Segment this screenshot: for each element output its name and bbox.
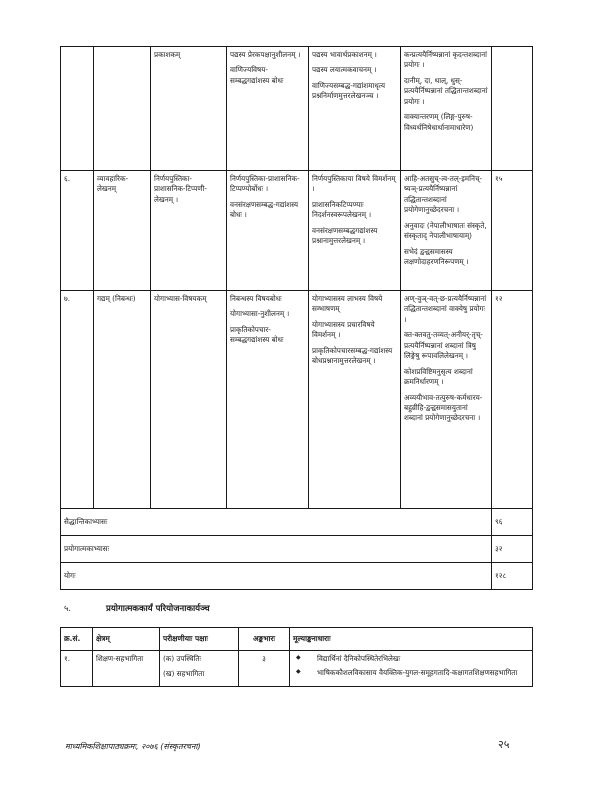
document-page: प्रकाशकम्पद्यस्य प्रेरकपक्षानुशीलनम् ।वा… — [0, 0, 600, 800]
section-title: प्रयोगात्मककार्यं परियोजनाकार्यञ्च — [106, 604, 210, 614]
summary-label: प्रयोगात्मकाभ्यासः — [61, 536, 492, 563]
area-cell — [94, 47, 151, 171]
cell-paragraph: सभेदं द्वन्द्वसमासस्य लक्षणोदाहरणनिरूपणम… — [404, 247, 488, 268]
content-cell: निर्णयपुस्तिका-प्राशासनिक-टिप्पणी-लेखनम्… — [151, 171, 227, 291]
cell-paragraph: योगाभ्यास-विषयकम् — [154, 294, 223, 304]
table-row: ७.गद्यम् (निबन्धः)योगाभ्यास-विषयकम्निबन्… — [61, 291, 533, 509]
table-row: १.शिक्षण-सहभागिता(क) उपस्थितिः(ख) सहभागि… — [61, 651, 533, 687]
activities-cell: योगाभ्यासस्य लाभस्य विषये सम्भाषणम्योगाभ… — [309, 291, 401, 509]
cell-paragraph: कन्प्रत्ययैर्निष्पन्नानां कृदन्तशब्दानां… — [404, 50, 488, 71]
cell-paragraph: वाक्यान्तरणम् (लिङ्ग-पुरुष-विध्यर्थनिषेध… — [404, 112, 488, 133]
grammar-cell: आहि-अतसुच्-त्व-तल्-इमनिच्-ष्यञ्-प्रत्ययै… — [401, 171, 492, 291]
table-row: प्रकाशकम्पद्यस्य प्रेरकपक्षानुशीलनम् ।वा… — [61, 47, 533, 171]
cell-paragraph: निर्णयपुस्तिका-प्राशासनिक-टिप्पणी-लेखनम्… — [154, 174, 223, 205]
cell-paragraph: कोशप्रविष्टिमनुसृत्य शब्दानां क्रमनिर्धा… — [404, 367, 488, 388]
serial-number: ७. — [61, 291, 94, 509]
table-header-row: क्र.सं. क्षेत्रम् परीक्षणीयाः पक्षाः अङ्… — [61, 628, 533, 651]
summary-value: ९६ — [492, 509, 533, 536]
aspect-item: (क) उपस्थितिः — [163, 654, 235, 664]
area-cell: गद्यम् (निबन्धः) — [94, 291, 151, 509]
cell-paragraph: प्राशासनिकटिप्पण्याः निदर्शनस्वरूपलेखनम्… — [312, 200, 397, 221]
criteria-list: विद्यार्थिनां दैनिकोपस्थितेरभिलेखःभाषिकक… — [293, 654, 529, 679]
cell-paragraph: प्राकृतिकोपचार-सम्बद्धगद्यांशस्य बोधः — [230, 325, 305, 346]
cell-paragraph: अव्ययीभाव-तत्पुरुष-कर्मधारय-बहुव्रीहि-द्… — [404, 393, 488, 424]
cell-paragraph: पद्यस्य प्रेरकपक्षानुशीलनम् । — [230, 50, 305, 60]
criteria-item: विद्यार्थिनां दैनिकोपस्थितेरभिलेखः — [317, 654, 529, 664]
cell-paragraph: अण्-वुञ्-वत्-छ-प्रत्ययैर्निष्पन्नानां तद… — [404, 294, 488, 325]
header-marks: अङ्कभारः — [239, 628, 290, 651]
area-cell: शिक्षण-सहभागिता — [93, 651, 160, 687]
cell-paragraph: क्त-क्तवतु-तव्यत्-अनीयर्-तृच्-प्रत्ययैर्… — [404, 330, 488, 361]
criteria-item: भाषिककौशलविकासाय वैयक्तिक-युगल-समूहगतादि… — [317, 668, 529, 678]
cell-paragraph: प्रकाशकम् — [154, 50, 223, 60]
cell-paragraph: योगाभ्यासा-नुशीलनम् । — [230, 309, 305, 319]
cell-paragraph: वनसंरक्षणसम्बद्ध-गद्यांशस्य बोधः । — [230, 200, 305, 221]
summary-label: सैद्धान्तिकाभ्यासः — [61, 509, 492, 536]
summary-label: योगः — [61, 563, 492, 590]
header-sn: क्र.सं. — [61, 628, 93, 651]
skills-cell: पद्यस्य प्रेरकपक्षानुशीलनम् ।वाणिज्यविषय… — [227, 47, 309, 171]
header-criteria: मूल्याङ्कनाधाराः — [290, 628, 533, 651]
summary-row: प्रयोगात्मकाभ्यासः३२ — [61, 536, 533, 563]
cell-paragraph: आहि-अतसुच्-त्व-तल्-इमनिच्-ष्यञ्-प्रत्ययै… — [404, 174, 488, 216]
curriculum-table: प्रकाशकम्पद्यस्य प्रेरकपक्षानुशीलनम् ।वा… — [60, 46, 533, 590]
cell-paragraph: दानीम्, दा, थाल्, धुस्-प्रत्ययैर्निष्पन्… — [404, 76, 488, 107]
cell-paragraph: पद्यस्य भावार्थप्रकाशनम् । — [312, 50, 397, 60]
cell-paragraph: वाणिज्यविषय-सम्बद्धगद्यांशस्य बोधः — [230, 65, 305, 86]
content-cell: योगाभ्यास-विषयकम् — [151, 291, 227, 509]
cell-paragraph: प्राकृतिकोपचारसम्बद्ध-गद्यांशस्य बोधप्रश… — [312, 346, 397, 367]
activities-cell: पद्यस्य भावार्थप्रकाशनम् ।पद्यस्य लयात्म… — [309, 47, 401, 171]
summary-value: १२८ — [492, 563, 533, 590]
cell-paragraph: निबन्धस्य विषयबोधः — [230, 294, 305, 304]
cell-paragraph: पद्यस्य लयात्मकवाचनम् । — [312, 65, 397, 75]
section-number: ५. — [64, 603, 106, 614]
header-aspects: परीक्षणीयाः पक्षाः — [160, 628, 239, 651]
summary-row: योगः१२८ — [61, 563, 533, 590]
serial-number: १. — [61, 651, 93, 687]
area-cell: व्यावहारिक-लेखनम् — [94, 171, 151, 291]
cell-paragraph: निर्णयपुस्तिकाया विषये विमर्शनम् । — [312, 174, 397, 195]
table-row: ६.व्यावहारिक-लेखनम्निर्णयपुस्तिका-प्राशा… — [61, 171, 533, 291]
cell-paragraph: योगाभ्यासस्य प्रचारविषये विमर्शनम् । — [312, 320, 397, 341]
hours-cell: १२ — [492, 291, 533, 509]
summary-row: सैद्धान्तिकाभ्यासः९६ — [61, 509, 533, 536]
grammar-cell: अण्-वुञ्-वत्-छ-प्रत्ययैर्निष्पन्नानां तद… — [401, 291, 492, 509]
marks-cell: ३ — [239, 651, 290, 687]
cell-paragraph: अनुवादः (नेपालीभाषातः संस्कृते, संस्कृता… — [404, 221, 488, 242]
practical-work-table: क्र.सं. क्षेत्रम् परीक्षणीयाः पक्षाः अङ्… — [60, 627, 533, 687]
skills-cell: निर्णयपुस्तिका-प्राशासनिक-टिप्पण्योर्बोध… — [227, 171, 309, 291]
summary-value: ३२ — [492, 536, 533, 563]
cell-paragraph: वनसंरक्षणसम्बद्धगद्यांशस्य प्रश्नानामुत्… — [312, 226, 397, 247]
skills-cell: निबन्धस्य विषयबोधःयोगाभ्यासा-नुशीलनम् ।प… — [227, 291, 309, 509]
cell-paragraph: योगाभ्यासस्य लाभस्य विषये सम्भाषणम् — [312, 294, 397, 315]
aspect-item: (ख) सहभागिता — [163, 669, 235, 679]
serial-number: ६. — [61, 171, 94, 291]
cell-paragraph: वाणिज्यसम्बद्ध-गद्यांशमाधृत्य प्रश्ननिर्… — [312, 81, 397, 102]
grammar-cell: कन्प्रत्ययैर्निष्पन्नानां कृदन्तशब्दानां… — [401, 47, 492, 171]
header-area: क्षेत्रम् — [93, 628, 160, 651]
activities-cell: निर्णयपुस्तिकाया विषये विमर्शनम् ।प्राशा… — [309, 171, 401, 291]
footer-title: माध्यमिकशिक्षापाठ्यक्रमः, २०७६ (संस्कृतर… — [65, 741, 201, 752]
serial-number — [61, 47, 94, 171]
section-heading: ५.प्रयोगात्मककार्यं परियोजनाकार्यञ्च — [64, 603, 210, 614]
content-cell: प्रकाशकम् — [151, 47, 227, 171]
hours-cell: १५ — [492, 171, 533, 291]
criteria-cell: विद्यार्थिनां दैनिकोपस्थितेरभिलेखःभाषिकक… — [290, 651, 533, 687]
aspects-cell: (क) उपस्थितिः(ख) सहभागिता — [160, 651, 239, 687]
page-number: २५ — [498, 737, 509, 752]
hours-cell — [492, 47, 533, 171]
cell-paragraph: निर्णयपुस्तिका-प्राशासनिक-टिप्पण्योर्बोध… — [230, 174, 305, 195]
